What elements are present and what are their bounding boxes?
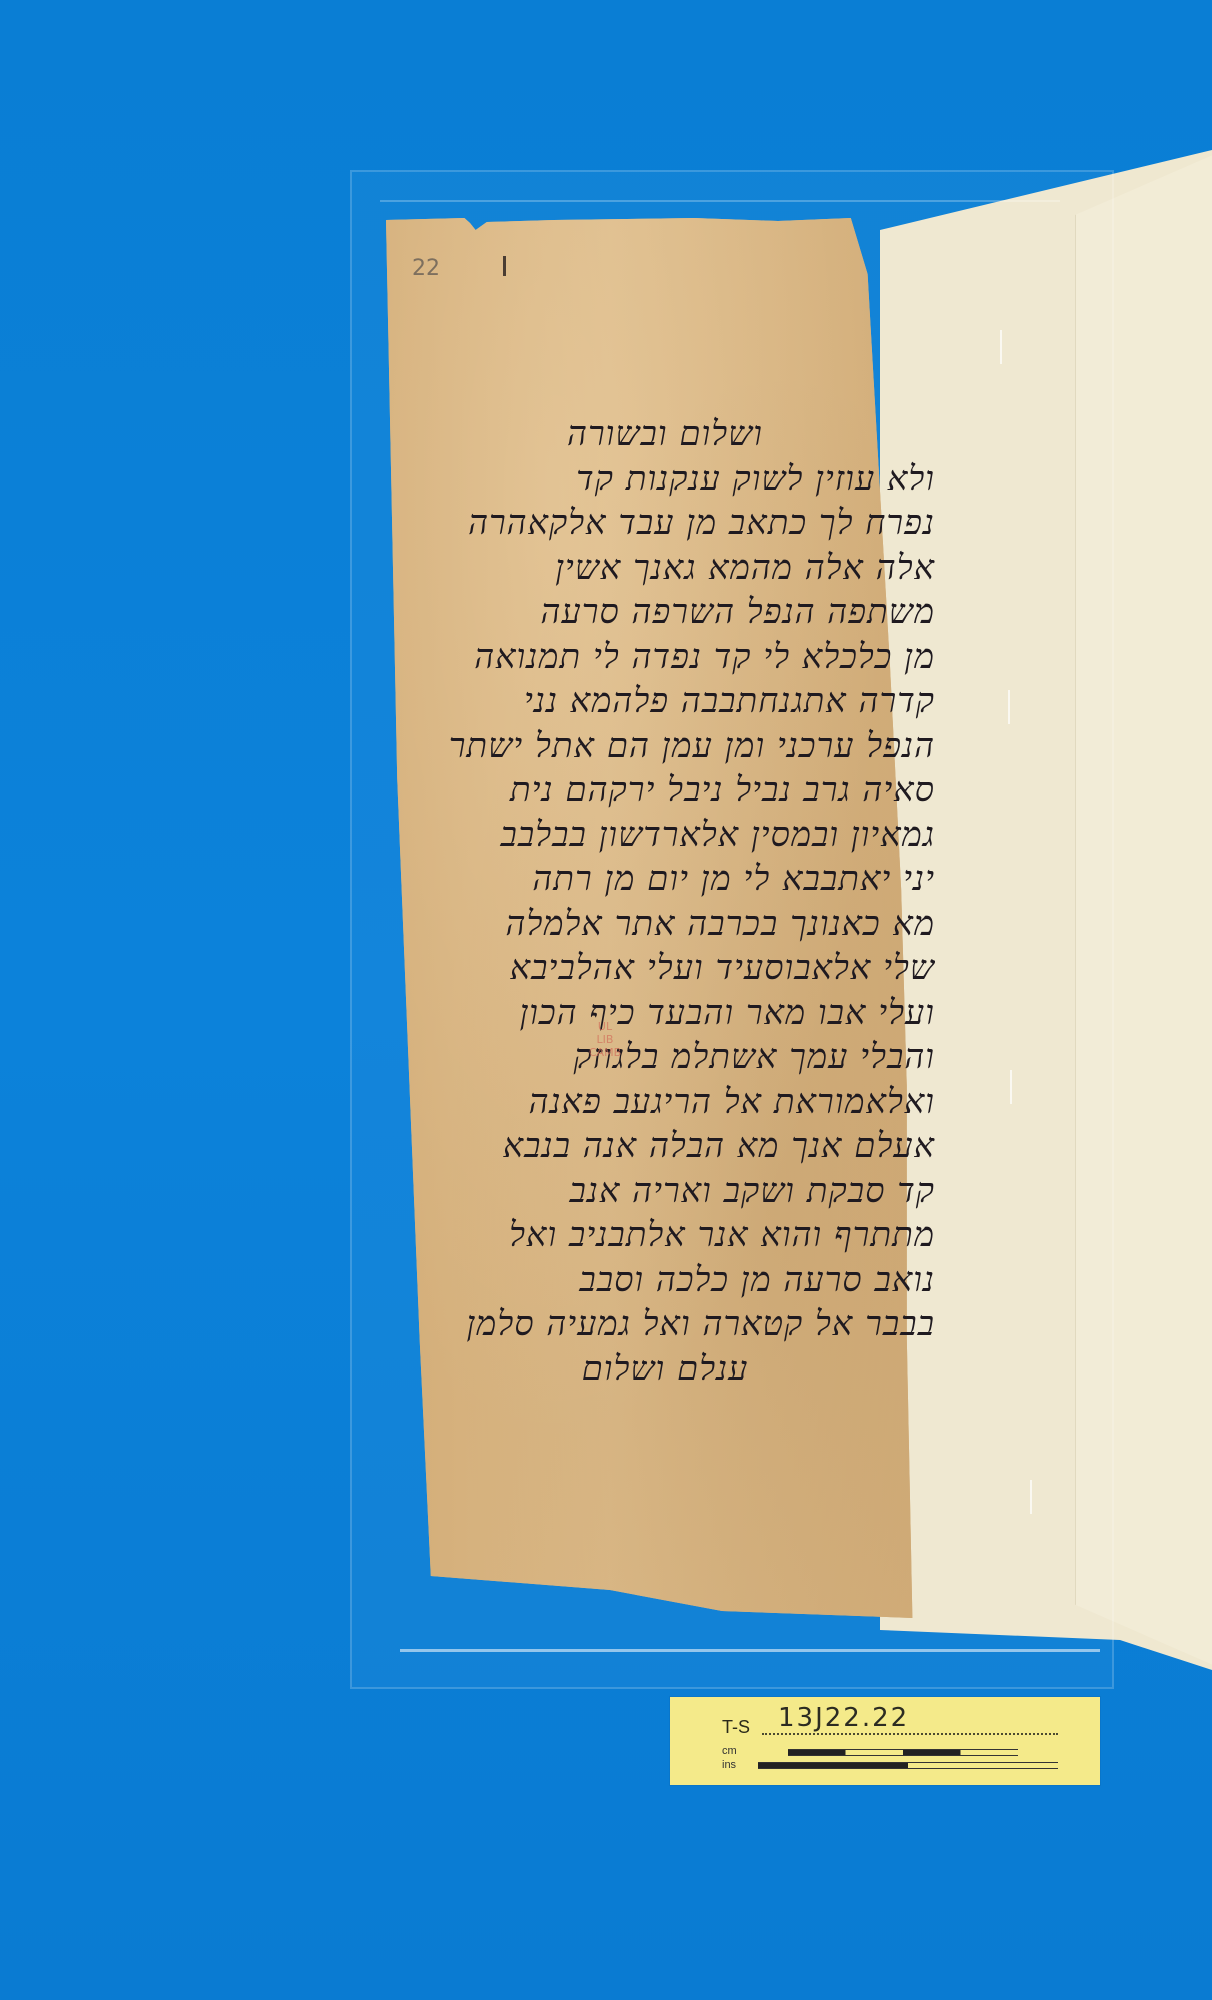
manuscript-line: ושלום ובשורה — [395, 412, 935, 457]
manuscript-line: ענלם ושלום — [395, 1347, 935, 1392]
manuscript-line: אעלם אנך מא הבלה אנה בנבא — [395, 1124, 935, 1169]
pencil-folio-number: 22 — [412, 256, 440, 281]
manuscript-line: סאיה גרב נביל ניבל ירקהם נית — [395, 768, 935, 813]
ink-mark — [503, 256, 506, 276]
manuscript-line: קד סבקת ושקב ואריה אנב — [395, 1169, 935, 1214]
manuscript-line: אלה אלה מהמא גאנך אשין — [395, 546, 935, 591]
folder-notch — [1008, 690, 1010, 724]
manuscript-line: מן כלכלא לי קד נפדה לי תמנואה — [395, 635, 935, 680]
manuscript-line: ועלי אבו מאר והבעד כיף הכון — [395, 991, 935, 1036]
folder-notch — [1030, 1480, 1032, 1514]
manuscript-line: הנפל ערכני ומן עמן הם אתל ישתר — [395, 724, 935, 769]
label-dotted-line — [762, 1733, 1058, 1735]
sleeve-edge-top — [380, 200, 1060, 202]
stamp-line: UL — [580, 1020, 630, 1033]
scale-ins-label: ins — [722, 1759, 736, 1771]
manuscript-line: בבבר אל קטארה ואל גמעיה סלמן — [395, 1302, 935, 1347]
folder-notch — [1000, 330, 1002, 364]
manuscript-line: והבלי עמך אשתלמ בלגוזק — [395, 1035, 935, 1080]
manuscript-line: קדרה אתגנחתבבה פלהמא נני — [395, 679, 935, 724]
shelfmark-label: T-S 13J22.22 cm ins — [670, 1697, 1100, 1785]
manuscript-line: ואלאמוראת אל הריגעב פאנה — [395, 1080, 935, 1125]
manuscript-line: גמאיון ובמסין אלארדשון בבלבב — [395, 813, 935, 858]
manuscript-line: יני יאתבבא לי מן יום מן רתה — [395, 857, 935, 902]
scale-bar-ins — [758, 1762, 1058, 1769]
manuscript-line: מתתרף והוא אנר אלתבניב ואל — [395, 1213, 935, 1258]
manuscript-line: מא כאנונך בכרבה אתר אלמלה — [395, 902, 935, 947]
manuscript-text: ושלום ובשורה ולא עוזין לשוק ענקנות קד נפ… — [395, 412, 935, 1391]
manuscript-line: ולא עוזין לשוק ענקנות קד — [395, 457, 935, 502]
folder-notch — [1010, 1070, 1012, 1104]
scale-bar-cm — [788, 1749, 1018, 1756]
label-shelfmark: 13J22.22 — [778, 1703, 909, 1733]
sleeve-edge-bottom — [400, 1649, 1100, 1652]
manuscript-line: שלי אלאבוסעיד ועלי אהלביבא — [395, 946, 935, 991]
library-stamp: UL LIB CAMB — [580, 1020, 630, 1059]
manuscript-line: נפרח לך כתאב מן עבד אלקאהרה — [395, 501, 935, 546]
manuscript-line: נואב סרעה מן כלכה וסבב — [395, 1258, 935, 1303]
manuscript-line: משתפה הנפל השרפה סרעה — [395, 590, 935, 635]
scale-cm-label: cm — [722, 1745, 737, 1757]
stamp-line: LIB — [580, 1033, 630, 1046]
label-prefix: T-S — [722, 1717, 750, 1738]
stamp-line: CAMB — [580, 1046, 630, 1059]
